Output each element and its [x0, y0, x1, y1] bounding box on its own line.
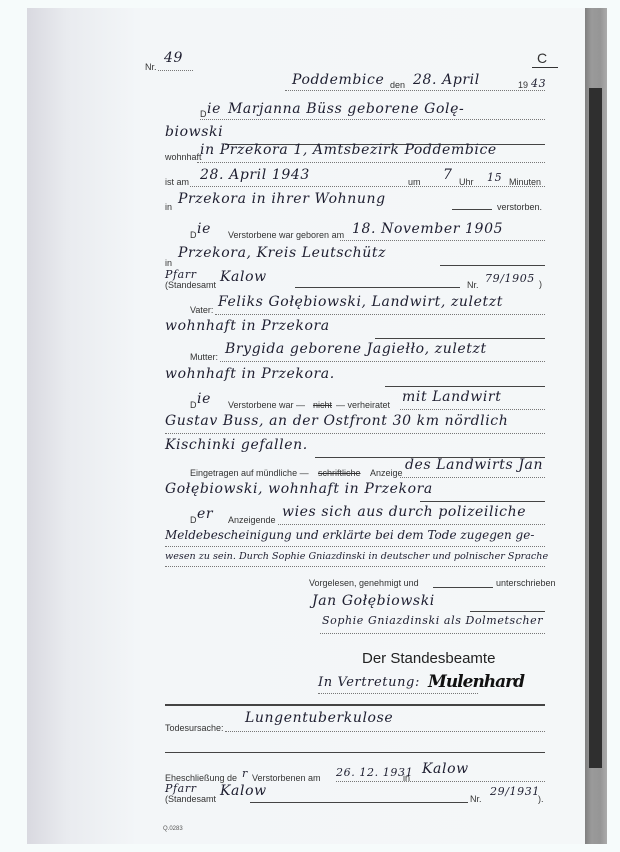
- signed-label-a: Vorgelesen, genehmigt und: [309, 578, 419, 588]
- den-label: den: [390, 80, 405, 90]
- registration-label-struck: schriftliche: [318, 468, 361, 478]
- died-place: Przekora in ihrer Wohnung: [178, 191, 386, 207]
- mother-line2: wohnhaft in Przekora.: [165, 366, 335, 382]
- dotted-line: [285, 90, 545, 91]
- marital-prefix: D: [190, 400, 197, 410]
- rule: [385, 386, 545, 387]
- marriage-label-b: Verstorbenen am: [252, 773, 321, 783]
- corner-mark: C: [537, 50, 547, 66]
- registration-line2: Gołębiowski, wohnhaft in Przekora: [165, 481, 433, 497]
- registration-label-b: Anzeige: [370, 468, 403, 478]
- deceased-name-line2: biowski: [165, 124, 223, 140]
- official-line: In Vertretung:: [318, 675, 420, 690]
- dotted-line: [190, 186, 545, 187]
- deceased-prefix: D: [200, 109, 207, 119]
- father-label: Vater:: [190, 305, 213, 315]
- informant-line3: wesen zu sein. Durch Sophie Gniazdinski …: [165, 551, 548, 562]
- hour: 7: [443, 167, 453, 183]
- dotted-line: [197, 162, 545, 163]
- marriage-date: 26. 12. 1931: [336, 766, 413, 779]
- marital-label-nicht: nicht: [313, 400, 332, 410]
- in-label: in: [165, 202, 172, 212]
- dotted-line: [318, 693, 478, 694]
- signer-1: Jan Gołębiowski: [312, 593, 435, 609]
- ist-am-label: ist am: [165, 177, 189, 187]
- cause-value: Lungentuberkulose: [245, 710, 393, 726]
- rule: [452, 209, 492, 210]
- father-line1: Feliks Gołębiowski, Landwirt, zuletzt: [218, 294, 503, 310]
- corner-underline: [532, 67, 558, 68]
- dotted-line: [340, 240, 545, 241]
- dotted-line: [165, 546, 545, 547]
- birth-prefix-hand: ie: [197, 221, 211, 237]
- informant-prefix: D: [190, 515, 197, 525]
- registry-place: Kalow: [220, 269, 267, 285]
- signed-label-b: unterschrieben: [496, 578, 556, 588]
- registry-nr-label: Nr.: [467, 280, 479, 290]
- rule: [440, 265, 545, 266]
- residence-label: wohnhaft: [165, 152, 202, 162]
- dotted-line: [200, 119, 545, 120]
- residence: in Przekora 1, Amtsbezirk Poddembice: [200, 142, 497, 158]
- rule: [470, 611, 545, 612]
- died-date: 28. April 1943: [200, 167, 310, 183]
- deceased-name-line1: Marjanna Büss geborene Golę-: [228, 101, 464, 117]
- marriage-nr-label: Nr.: [470, 794, 482, 804]
- marriage-close: ).: [538, 794, 544, 804]
- official-signature: Mulenhard: [428, 672, 524, 692]
- marriage-nr: 29/1931: [490, 785, 540, 798]
- dotted-line: [400, 409, 545, 410]
- cause-label: Todesursache:: [165, 723, 224, 733]
- dotted-line: [320, 633, 545, 634]
- birth-date: 18. November 1905: [352, 221, 503, 237]
- marital-line2: Gustav Buss, an der Ostfront 30 km nördl…: [165, 413, 508, 429]
- dotted-line: [165, 433, 545, 434]
- minutes: 15: [487, 171, 502, 184]
- dotted-line: [220, 361, 545, 362]
- informant-label: Anzeigende: [228, 515, 276, 525]
- marriage-registry-place: Kalow: [220, 783, 267, 799]
- place: Poddembice: [292, 72, 384, 88]
- marital-label-b: — verheiratet: [336, 400, 390, 410]
- date: 28. April: [413, 72, 480, 88]
- official-title: Der Standesbeamte: [362, 650, 495, 667]
- dotted-line: [278, 524, 545, 525]
- registry-label: (Standesamt: [165, 280, 216, 290]
- birth-in-label: in: [165, 258, 172, 268]
- marital-line1: mit Landwirt: [402, 389, 501, 405]
- birth-label: Verstorbene war geboren am: [228, 230, 344, 240]
- marital-prefix-hand: ie: [197, 391, 211, 407]
- marriage-registry-label: (Standesamt: [165, 794, 216, 804]
- rule: [295, 287, 460, 288]
- mother-line1: Brygida geborene Jagiełło, zuletzt: [225, 341, 487, 357]
- dotted-line: [165, 566, 545, 567]
- rule: [165, 704, 545, 706]
- rule: [165, 752, 545, 753]
- rule: [250, 802, 468, 803]
- marital-label-a: Verstorbene war —: [228, 400, 305, 410]
- rule: [420, 501, 545, 502]
- binding-strip: [585, 8, 607, 844]
- record-nr-value: 49: [164, 50, 183, 66]
- marriage-place: Kalow: [422, 761, 469, 777]
- dotted-line: [225, 731, 545, 732]
- father-line2: wohnhaft in Przekora: [165, 318, 330, 334]
- registration-line1: des Landwirts Jan: [405, 457, 543, 473]
- dotted-line: [400, 477, 545, 478]
- deceased-prefix-hand: ie: [207, 101, 221, 117]
- verstorben-label: verstorben.: [497, 202, 542, 212]
- informant-prefix-hand: er: [197, 506, 213, 522]
- year-prefix: 19: [518, 80, 528, 90]
- dotted-line: [336, 781, 545, 782]
- registry-nr: 79/1905: [485, 272, 535, 285]
- registry-close: ): [539, 279, 542, 289]
- rule: [375, 338, 545, 339]
- birth-prefix: D: [190, 230, 197, 240]
- record-nr-label: Nr.: [145, 62, 157, 72]
- informant-line2: Meldebescheinigung und erklärte bei dem …: [165, 528, 534, 542]
- year-suffix: 43: [531, 77, 546, 90]
- birth-place: Przekora, Kreis Leutschütz: [178, 245, 386, 261]
- rule: [433, 587, 493, 588]
- informant-line1: wies sich aus durch polizeiliche: [282, 504, 526, 520]
- form-code: Q.0283: [163, 826, 183, 832]
- mother-label: Mutter:: [190, 352, 218, 362]
- dotted-line: [215, 314, 545, 315]
- signer-2: Sophie Gniazdinski als Dolmetscher: [322, 614, 543, 627]
- registration-label-a: Eingetragen auf mündliche —: [190, 468, 309, 478]
- marital-line3: Kischinki gefallen.: [165, 437, 308, 453]
- dotted-line: [158, 70, 193, 71]
- marriage-hand: r: [242, 767, 248, 780]
